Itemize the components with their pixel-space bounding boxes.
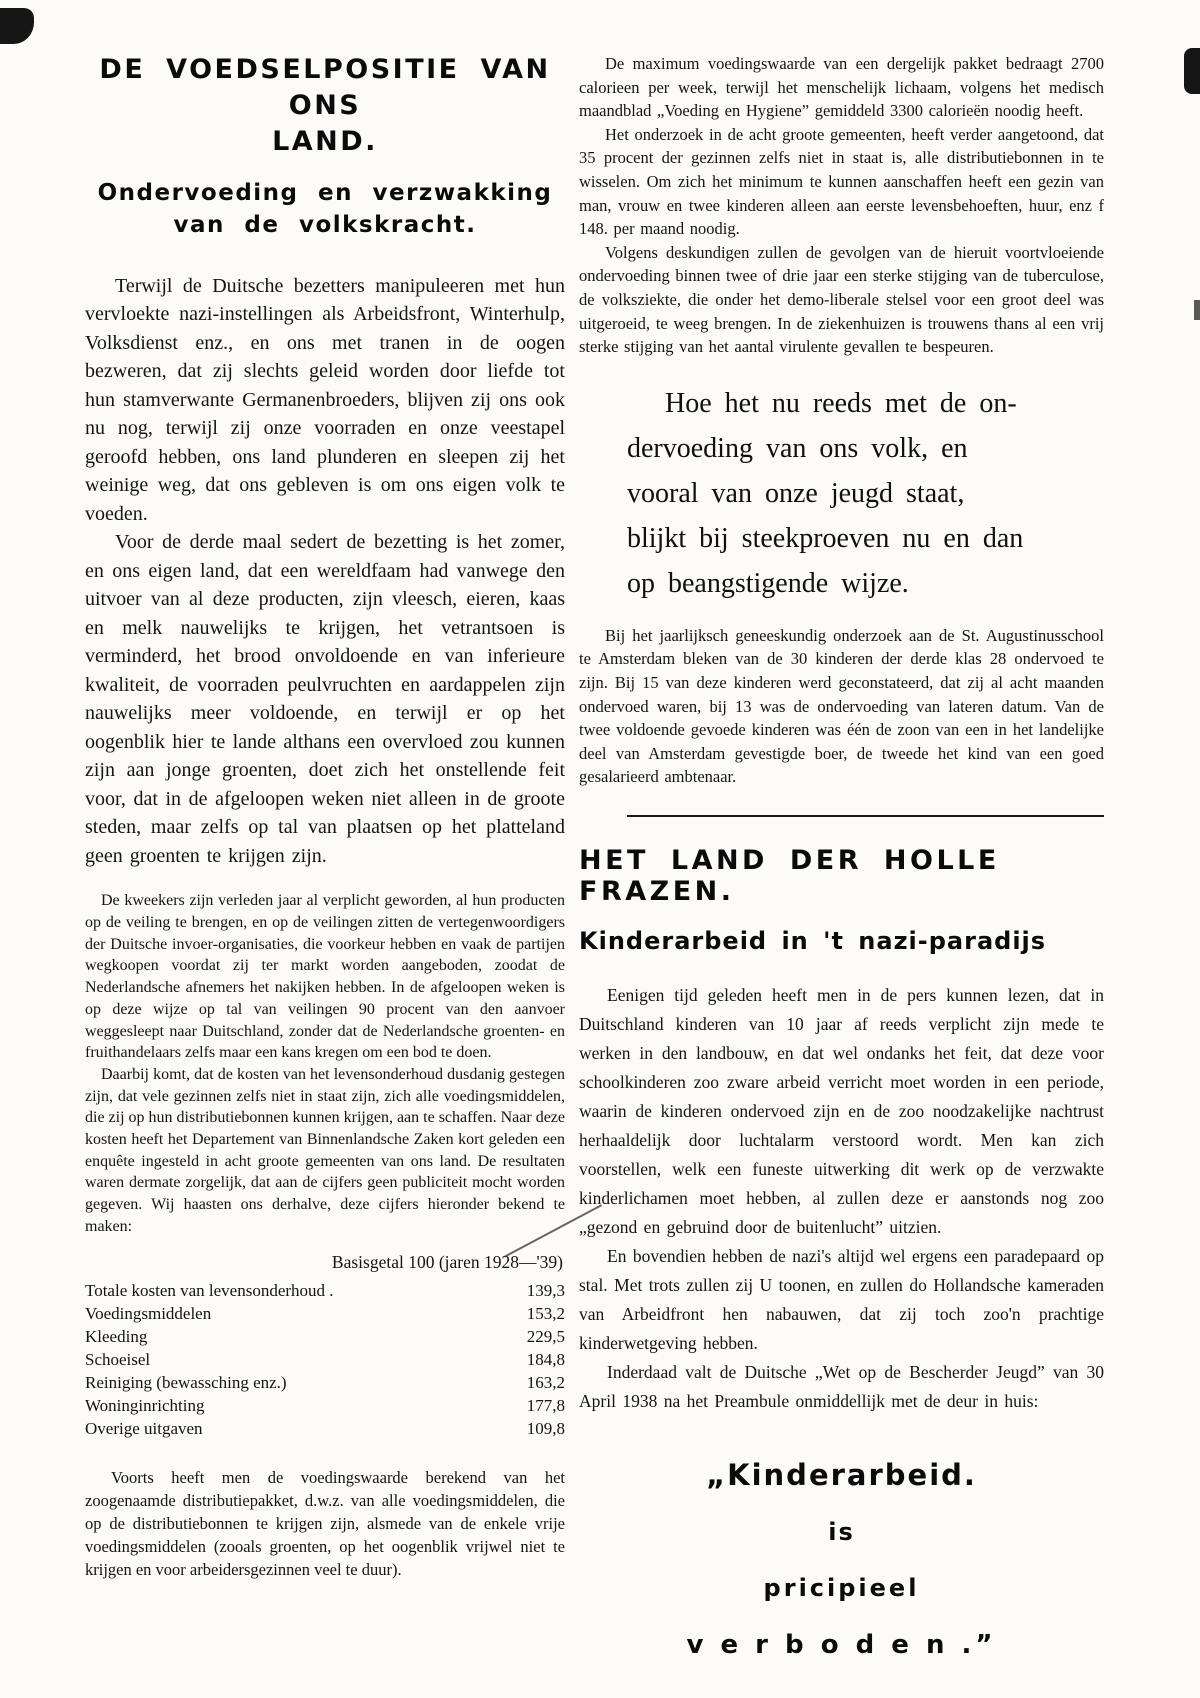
article1-paragraph: Terwijl de Duitsche bezetters manipuleer… bbox=[85, 272, 565, 529]
kinderarbeid-quote: „Kinderarbeid. is pricipieel v e r b o d… bbox=[579, 1446, 1104, 1674]
cost-value: 139,3 bbox=[527, 1279, 565, 1302]
kinderarbeid-quote-line: v e r b o d e n .” bbox=[579, 1616, 1104, 1674]
cost-label: Reiniging (bewassching enz.) bbox=[85, 1371, 287, 1394]
pull-quote-line: Hoe het nu reeds met de on- bbox=[627, 381, 1104, 426]
scan-artifact-right-edge bbox=[1194, 300, 1200, 320]
cost-of-living-table: Basisgetal 100 (jaren 1928—'39) Totale k… bbox=[85, 1252, 565, 1440]
article1-paragraph-right: De maximum voedingswaarde van een dergel… bbox=[579, 52, 1104, 123]
school-survey-paragraph: Bij het jaarlijksch geneeskundig onderzo… bbox=[579, 624, 1104, 789]
cost-value: 184,8 bbox=[527, 1348, 565, 1371]
table-row: Totale kosten van levensonderhoud . 139,… bbox=[85, 1279, 565, 1302]
cost-value: 153,2 bbox=[527, 1302, 565, 1325]
table-row: Woninginrichting 177,8 bbox=[85, 1394, 565, 1417]
two-column-layout: DE VOEDSELPOSITIE VAN ONS LAND. Ondervoe… bbox=[0, 0, 1200, 1674]
article1-closing-paragraph: Voorts heeft men de voedingswaarde berek… bbox=[85, 1466, 565, 1581]
article1-paragraph-right: Het onderzoek in de acht groote gemeente… bbox=[579, 123, 1104, 241]
scan-artifact-top-right bbox=[1184, 48, 1200, 94]
table-row: Schoeisel 184,8 bbox=[85, 1348, 565, 1371]
cost-value: 229,5 bbox=[527, 1325, 565, 1348]
section-divider bbox=[627, 815, 1104, 817]
article1-subheadline-line1: Ondervoeding en verzwakking bbox=[85, 177, 565, 210]
cost-value: 163,2 bbox=[527, 1371, 565, 1394]
pull-quote: Hoe het nu reeds met de on- dervoeding v… bbox=[627, 381, 1104, 606]
cost-label: Overige uitgaven bbox=[85, 1417, 203, 1440]
article2-paragraph: En bovendien hebben de nazi's altijd wel… bbox=[579, 1242, 1104, 1358]
article1-headline-line2: LAND. bbox=[85, 124, 565, 160]
kinderarbeid-quote-line: is bbox=[579, 1504, 1104, 1560]
cost-label: Totale kosten van levensonderhoud . bbox=[85, 1279, 334, 1302]
article1-subheadline-line2: van de volkskracht. bbox=[85, 209, 565, 242]
kinderarbeid-quote-line: „Kinderarbeid. bbox=[579, 1446, 1104, 1504]
kinderarbeid-quote-line: pricipieel bbox=[579, 1560, 1104, 1616]
article1-paragraph: Voor de derde maal sedert de bezetting i… bbox=[85, 528, 565, 870]
pull-quote-line: blijkt bij steekproeven nu en dan bbox=[627, 516, 1104, 561]
article1-small-text-block: De kweekers zijn verleden jaar al verpli… bbox=[85, 890, 565, 1237]
article2-paragraph: Eenigen tijd geleden heeft men in de per… bbox=[579, 981, 1104, 1242]
article1-paragraph-small: De kweekers zijn verleden jaar al verpli… bbox=[85, 890, 565, 1064]
article2-subheadline: Kinderarbeid in 't nazi-paradijs bbox=[579, 927, 1104, 955]
newspaper-page: DE VOEDSELPOSITIE VAN ONS LAND. Ondervoe… bbox=[0, 0, 1200, 1698]
article2-paragraph: Inderdaad valt de Duitsche „Wet op de Be… bbox=[579, 1358, 1104, 1416]
table-row: Kleeding 229,5 bbox=[85, 1325, 565, 1348]
left-column: DE VOEDSELPOSITIE VAN ONS LAND. Ondervoe… bbox=[85, 52, 565, 1674]
table-caption: Basisgetal 100 (jaren 1928—'39) bbox=[85, 1252, 565, 1273]
article1-paragraph-right: Volgens deskundigen zullen de gevolgen v… bbox=[579, 241, 1104, 359]
cost-value: 109,8 bbox=[527, 1417, 565, 1440]
right-column: De maximum voedingswaarde van een dergel… bbox=[579, 52, 1104, 1674]
table-row: Voedingsmiddelen 153,2 bbox=[85, 1302, 565, 1325]
article1-subheadline: Ondervoeding en verzwakking van de volks… bbox=[85, 177, 565, 242]
article1-headline: DE VOEDSELPOSITIE VAN ONS LAND. bbox=[85, 52, 565, 161]
article1-headline-line1: DE VOEDSELPOSITIE VAN ONS bbox=[85, 52, 565, 124]
article1-paragraph-small: Daarbij komt, dat de kosten van het leve… bbox=[85, 1064, 565, 1238]
article2-headline: HET LAND DER HOLLE FRAZEN. bbox=[579, 845, 1104, 907]
cost-label: Voedingsmiddelen bbox=[85, 1302, 211, 1325]
pull-quote-line: op beangstigende wijze. bbox=[627, 561, 1104, 606]
cost-label: Kleeding bbox=[85, 1325, 147, 1348]
table-row: Reiniging (bewassching enz.) 163,2 bbox=[85, 1371, 565, 1394]
cost-label: Schoeisel bbox=[85, 1348, 150, 1371]
pull-quote-line: dervoeding van ons volk, en bbox=[627, 426, 1104, 471]
cost-label: Woninginrichting bbox=[85, 1394, 205, 1417]
table-row: Overige uitgaven 109,8 bbox=[85, 1417, 565, 1440]
cost-value: 177,8 bbox=[527, 1394, 565, 1417]
pull-quote-line: vooral van onze jeugd staat, bbox=[627, 471, 1104, 516]
